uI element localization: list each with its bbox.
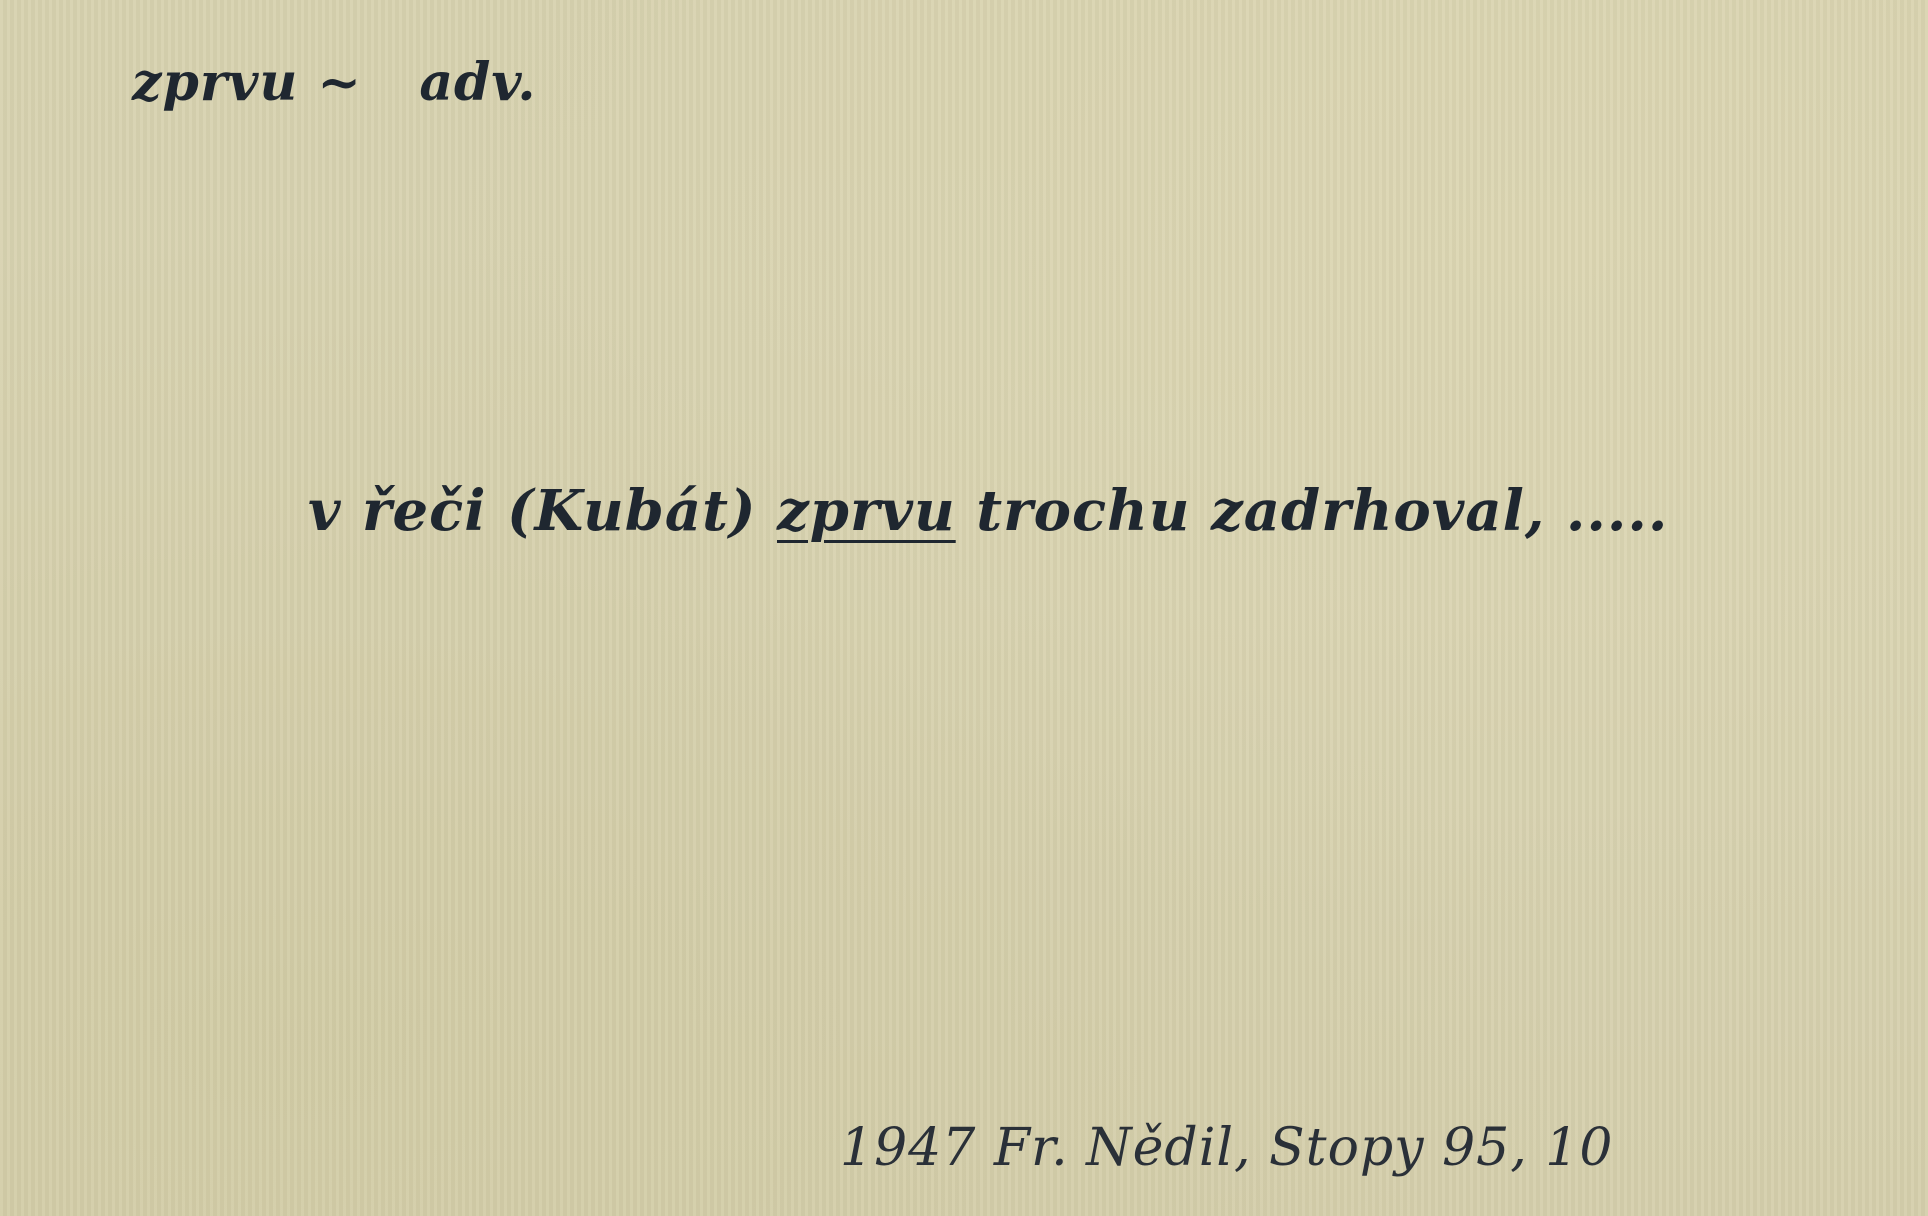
source-author: Fr. Nědil,	[994, 1118, 1252, 1178]
headword-line: zprvu ~ adv.	[132, 52, 536, 113]
source-year: 1947	[840, 1118, 976, 1178]
part-of-speech: adv.	[419, 52, 536, 113]
example-sentence: v řeči (Kubát) zprvu trochu zadrhoval, .…	[308, 478, 1668, 544]
source-reference: 95, 10	[1442, 1118, 1613, 1178]
headword-separator: ~	[317, 52, 362, 113]
example-suffix: trochu zadrhoval, .....	[976, 478, 1668, 544]
lexical-slip-card: zprvu ~ adv. v řeči (Kubát) zprvu trochu…	[0, 0, 1928, 1216]
headword: zprvu	[132, 52, 298, 113]
source-citation: 1947 Fr. Nědil, Stopy 95, 10	[840, 1118, 1613, 1178]
example-prefix: v řeči (Kubát)	[308, 478, 757, 544]
example-keyword: zprvu	[777, 478, 956, 544]
source-title: Stopy	[1269, 1118, 1425, 1178]
